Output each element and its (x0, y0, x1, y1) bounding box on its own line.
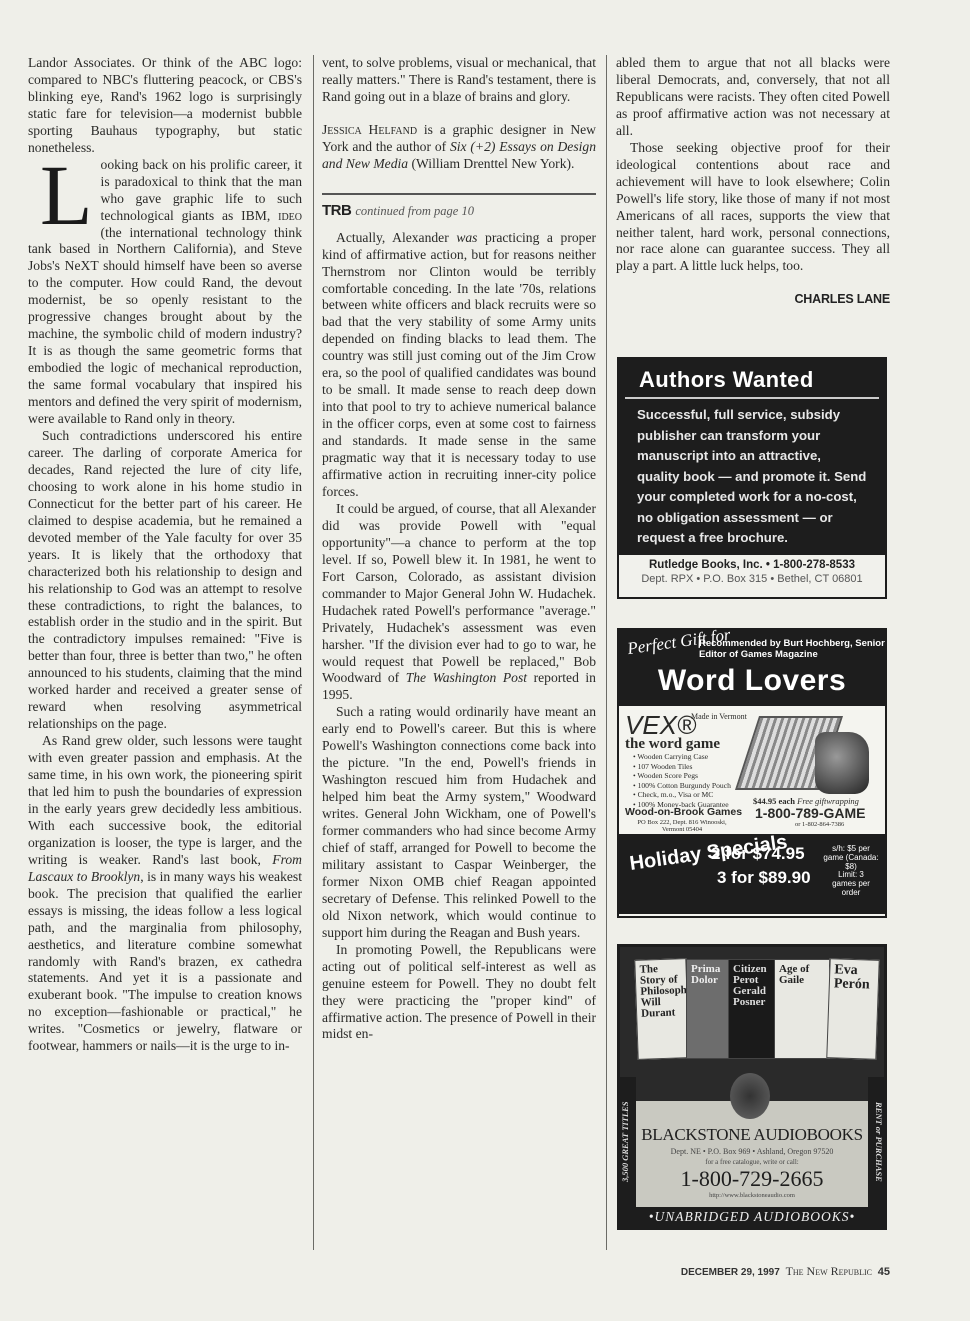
book-cover: Prima Dolor (686, 959, 730, 1059)
paragraph: abled them to argue that not all blacks … (616, 55, 890, 140)
shipping-note: s/h: $5 per game (Canada: $8) (823, 844, 879, 871)
paragraph: vent, to solve problems, visual or mecha… (322, 55, 596, 106)
side-banner-right: RENT or PURCHASE (868, 1077, 884, 1207)
ad-headline: Authors Wanted (625, 359, 879, 399)
paragraph: Landor Associates. Or think of the ABC l… (28, 55, 302, 157)
company-address: PO Box 222, Dept. 816 Winooski, Vermont … (637, 819, 727, 833)
ad-recommendation: Recommended by Burt Hochberg, Senior Edi… (699, 638, 885, 660)
ad-top-banner: Perfect Gift for Recommended by Burt Hoc… (619, 630, 885, 706)
ideo-smallcaps: ideo (278, 208, 302, 223)
product-subtitle: the word game (625, 736, 720, 753)
issue-date: DECEMBER 29, 1997 (681, 1267, 780, 1278)
section-label: TRB (322, 202, 351, 219)
column-divider (313, 55, 314, 1250)
ad-address: Dept. RPX • P.O. Box 315 • Bethel, CT 06… (619, 573, 885, 585)
made-in: Made in Vermont (691, 712, 747, 721)
ad-blackstone-audiobooks: The Story of Philosophy Will Durant Prim… (617, 944, 887, 1230)
continued-from-link: continued from page 10 (355, 204, 474, 218)
side-banner-left: 3,500 GREAT TITLES (620, 1077, 636, 1207)
book-cover: Citizen Perot Gerald Posner (728, 959, 776, 1059)
ad-catalog-note: for a free catalogue, write or call: (640, 1158, 864, 1166)
ad-address: Dept. NE • P.O. Box 969 • Ashland, Orego… (640, 1147, 864, 1156)
book-cover: Eva Perón (826, 958, 879, 1060)
paragraph: Such contradictions underscored his enti… (28, 428, 302, 733)
limit-note: Limit: 3 games per order (825, 870, 877, 897)
feature-item: Check, m.o., Visa or MC (633, 790, 763, 800)
ad-brand: BLACKSTONE AUDIOBOOKS (640, 1125, 864, 1145)
ad-authors-wanted: Authors Wanted Successful, full service,… (617, 357, 887, 599)
publication-title: The Washington Post (406, 670, 527, 685)
section-header-trb: TRBcontinued from page 10 (322, 193, 596, 220)
book-cover: The Story of Philosophy Will Durant (634, 958, 689, 1060)
ad-bottom-strip: •UNABRIDGED AUDIOBOOKS• (620, 1207, 884, 1227)
author-name: Jessica Helfand (322, 122, 417, 137)
paragraph: It could be argued, of course, that all … (322, 501, 596, 704)
paragraph: Those seeking objective proof for their … (616, 140, 890, 276)
article-column-2: vent, to solve problems, visual or mecha… (322, 55, 596, 1043)
paragraph: Such a rating would ordinarily have mean… (322, 704, 596, 941)
deal-3-for: 3 for $89.90 (717, 868, 811, 888)
paragraph-dropcap: Looking back on his prolific career, it … (28, 157, 302, 428)
ad-footer: Rutledge Books, Inc. • 1-800-278-8533 De… (619, 555, 885, 597)
ad-body: Successful, full service, subsidy publis… (619, 399, 885, 557)
author-signoff: CHARLES LANE (616, 291, 890, 308)
paragraph: As Rand grew older, such lessons were ta… (28, 733, 302, 1055)
ad-headline: Word Lovers (619, 664, 885, 698)
book-covers: The Story of Philosophy Will Durant Prim… (636, 959, 868, 1067)
drop-cap: L (28, 161, 93, 229)
page-folio: DECEMBER 29, 1997 The New Republic 45 (681, 1264, 890, 1279)
magazine-name: The New Republic (786, 1264, 872, 1278)
pouch-image (815, 732, 869, 794)
cherub-illustration (730, 1073, 770, 1119)
ad-contact: Rutledge Books, Inc. • 1-800-278-8533 (619, 559, 885, 571)
paragraph: Actually, Alexander was practicing a pro… (322, 230, 596, 501)
ad-product: VEX® Made in Vermont the word game Woode… (619, 706, 885, 834)
company-name: Wood-on-Brook Games (625, 806, 742, 818)
book-cover: Age of Gaile (774, 959, 830, 1059)
phone-number: 1-800-789-GAME (755, 805, 866, 821)
ad-url: http://www.blackstoneaudio.com (640, 1192, 864, 1199)
phone-alt: or 1-802-864-7386 (795, 821, 844, 828)
phone-number: 1-800-729-2665 (640, 1166, 864, 1192)
column-divider (606, 55, 607, 1250)
article-column-1: Landor Associates. Or think of the ABC l… (28, 55, 302, 1055)
paragraph: In promoting Powell, the Republicans wer… (322, 942, 596, 1044)
ad-specials-banner: Holiday Specials 2 for $74.95 3 for $89.… (619, 834, 885, 914)
page-number: 45 (878, 1266, 890, 1278)
article-column-3: abled them to argue that not all blacks … (616, 55, 890, 308)
ad-vex-word-game: Perfect Gift for Recommended by Burt Hoc… (617, 628, 887, 918)
author-bio: Jessica Helfand is a graphic designer in… (322, 122, 596, 173)
deal-2-for: 2 for $74.95 (711, 844, 805, 864)
